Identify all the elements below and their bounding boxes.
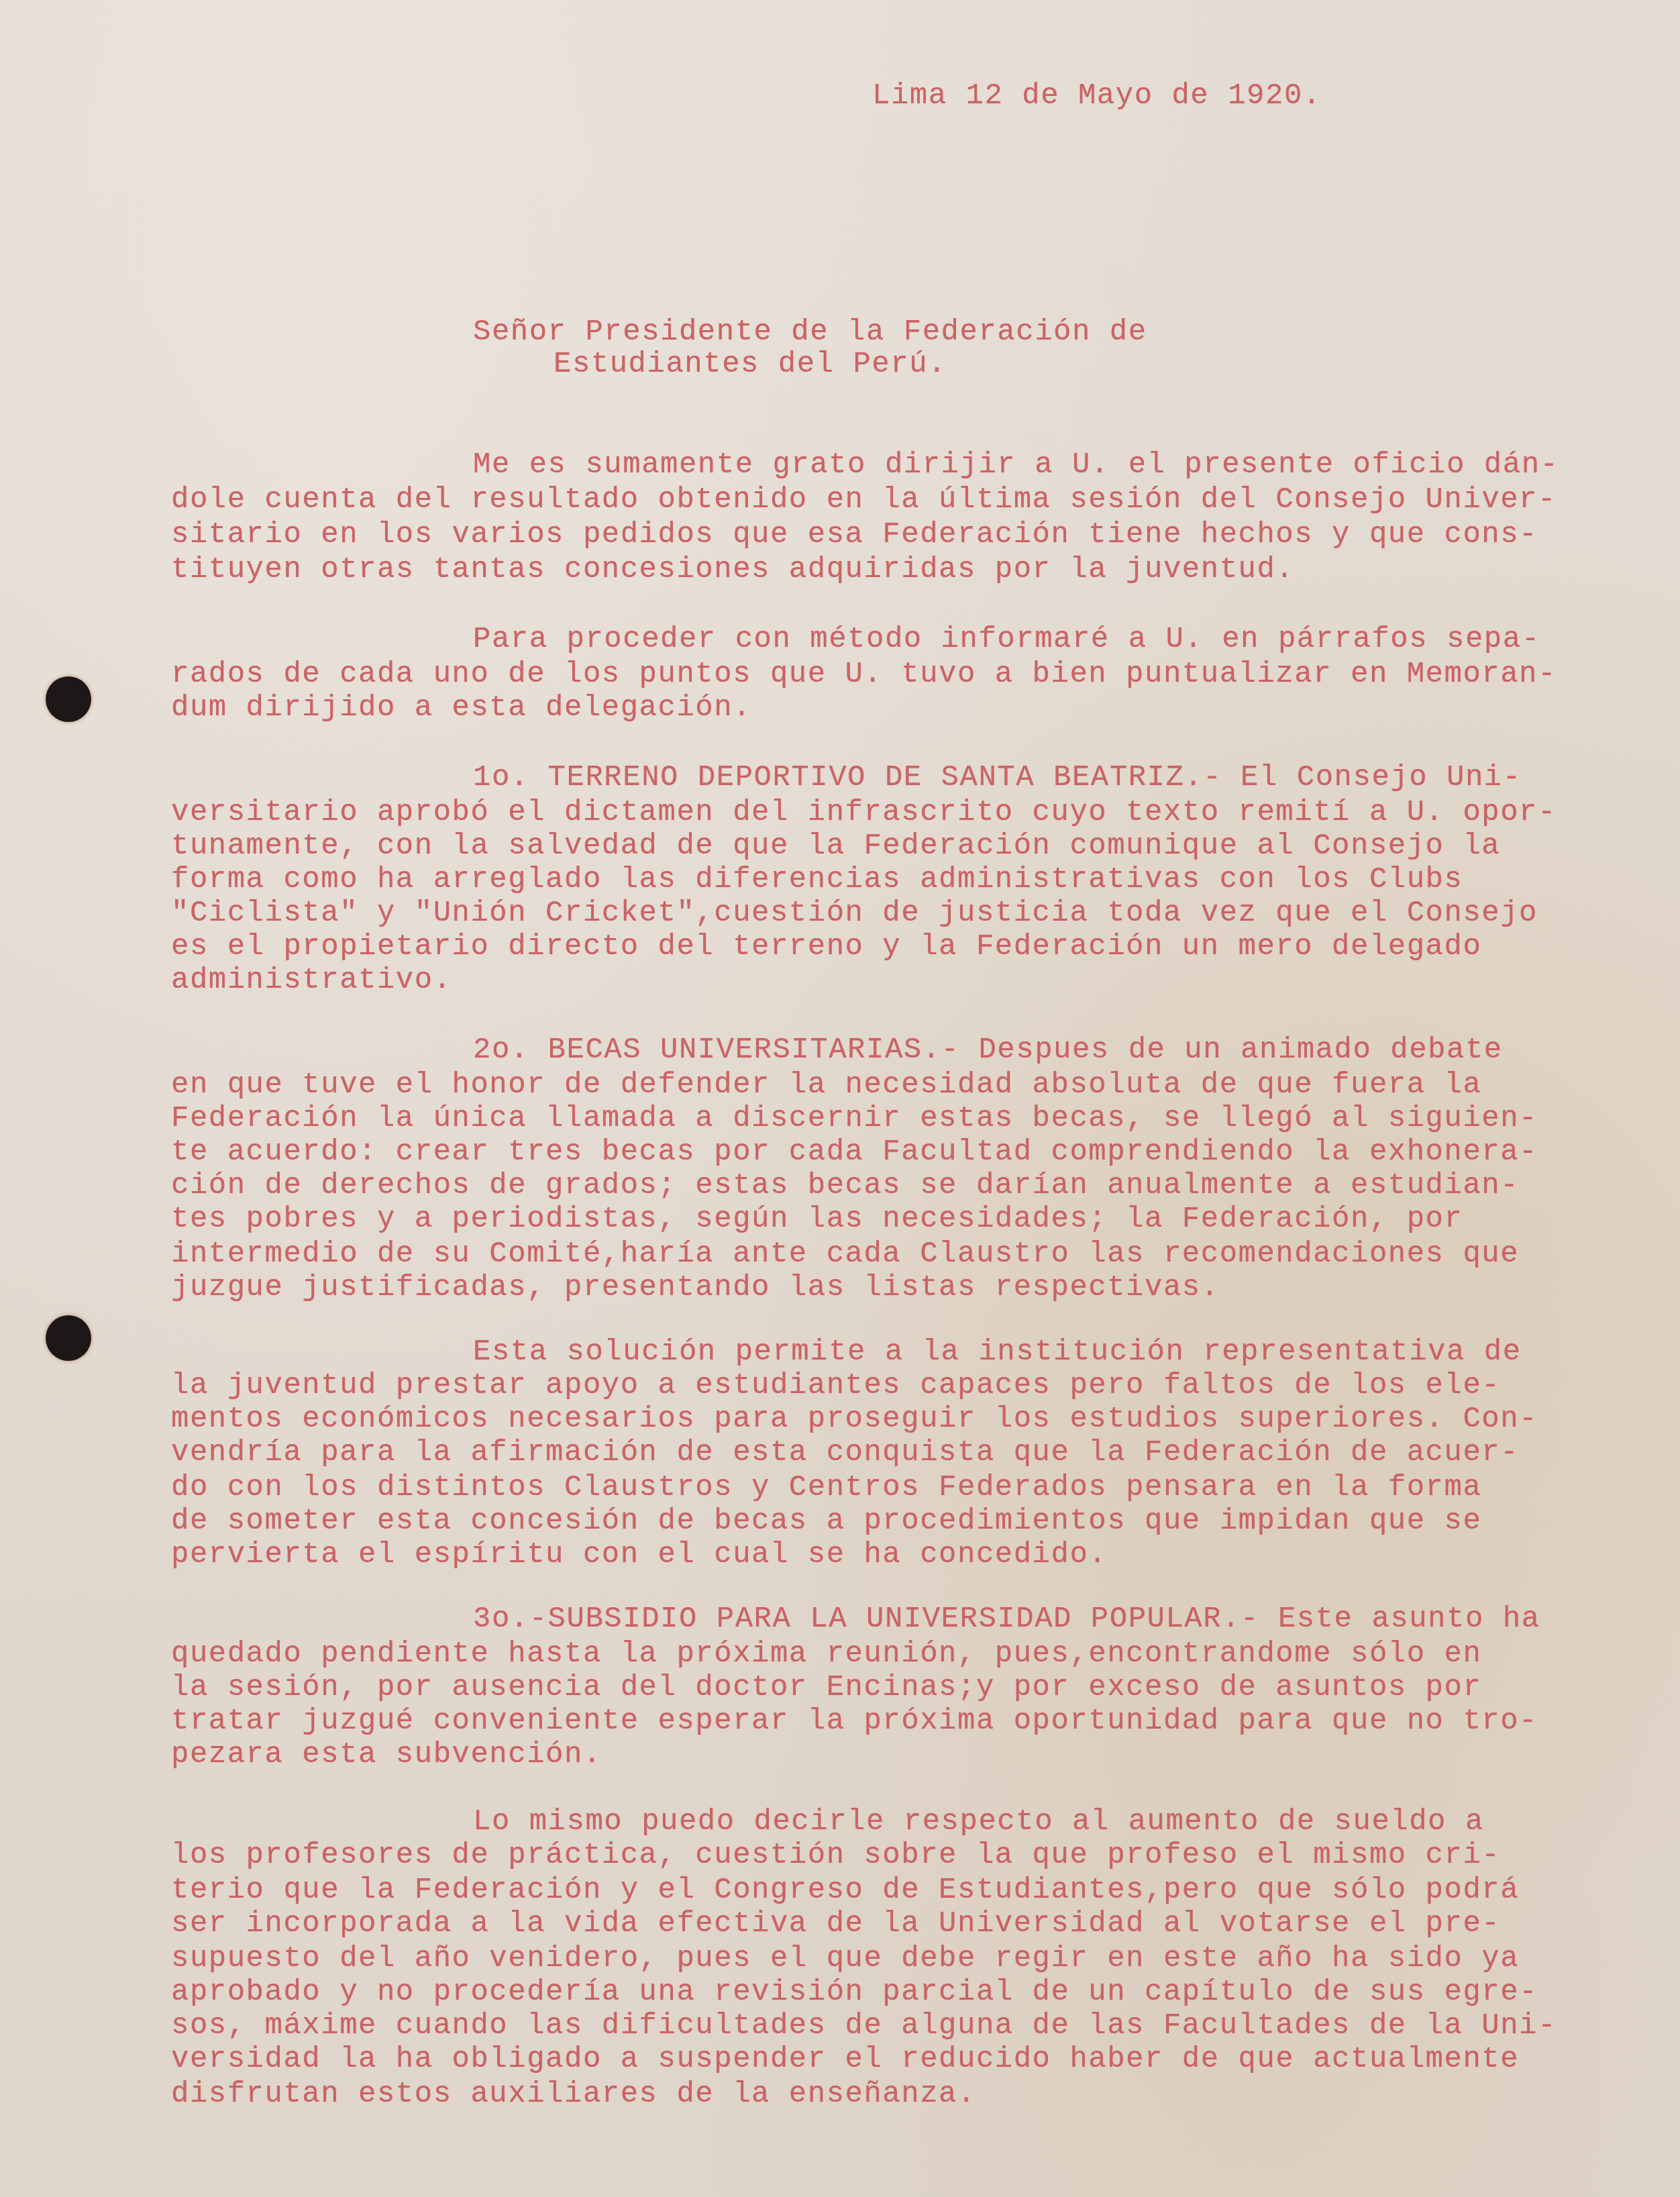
paragraph-line: versidad la ha obligado a suspender el r… xyxy=(171,2043,1519,2076)
paragraph-line: pervierta el espíritu con el cual se ha … xyxy=(171,1538,1107,1572)
paragraph-line: Esta solución permite a la institución r… xyxy=(473,1335,1522,1369)
paragraph-line: "Ciclista" y "Unión Cricket",cuestión de… xyxy=(171,897,1538,930)
paragraph-line: juzgue justificadas, presentando las lis… xyxy=(171,1271,1220,1305)
paragraph-line: dum dirijido a esta delegación. xyxy=(171,691,751,725)
paragraph-line: dole cuenta del resultado obtenido en la… xyxy=(171,483,1557,517)
paragraph-line: administrativo. xyxy=(171,964,452,997)
paragraph-line: la juventud prestar apoyo a estudiantes … xyxy=(171,1369,1500,1402)
paragraph-line: en que tuve el honor de defender la nece… xyxy=(171,1068,1481,1102)
paragraph-line: Federación la única llamada a discernir … xyxy=(171,1102,1538,1135)
paragraph-line: los profesores de práctica, cuestión sob… xyxy=(171,1839,1500,1872)
paragraph-line: pezara esta subvención. xyxy=(171,1738,602,1772)
paragraph-line: do con los distintos Claustros y Centros… xyxy=(171,1471,1481,1504)
letter-date: Lima 12 de Mayo de 1920. xyxy=(872,79,1322,113)
paragraph-line: sitario en los varios pedidos que esa Fe… xyxy=(171,518,1538,552)
letter-page: Lima 12 de Mayo de 1920. Señor President… xyxy=(0,0,1680,2197)
paragraph-line: terio que la Federación y el Congreso de… xyxy=(171,1874,1519,1907)
addressee-line-1: Señor Presidente de la Federación de xyxy=(473,315,1147,349)
paragraph-line: ser incorporada a la vida efectiva de la… xyxy=(171,1907,1500,1941)
paragraph-line: Me es sumamente grato dirijir a U. el pr… xyxy=(473,448,1559,482)
addressee-line-2: Estudiantes del Perú. xyxy=(554,348,947,381)
paragraph-line: intermedio de su Comité,haría ante cada … xyxy=(171,1237,1519,1271)
paragraph-line: es el propietario directo del terreno y … xyxy=(171,930,1481,964)
paragraph-line: tes pobres y a periodistas, según las ne… xyxy=(171,1203,1463,1236)
paragraph-line: tunamente, con la salvedad de que la Fed… xyxy=(171,829,1500,863)
paragraph-line: tratar juzgué conveniente esperar la pró… xyxy=(171,1704,1538,1738)
paragraph-line: quedado pendiente hasta la próxima reuni… xyxy=(171,1637,1481,1671)
paragraph-line: aprobado y no procedería una revisión pa… xyxy=(171,1976,1538,2009)
paragraph-line: vendría para la afirmación de esta conqu… xyxy=(171,1436,1519,1470)
paragraph-line: la sesión, por ausencia del doctor Encin… xyxy=(171,1671,1481,1704)
paragraph-line: Para proceder con método informaré a U. … xyxy=(473,623,1540,656)
paragraph-line: supuesto del año venidero, pues el que d… xyxy=(171,1942,1519,1976)
section-heading-line: 2o. BECAS UNIVERSITARIAS.- Despues de un… xyxy=(473,1033,1503,1067)
paragraph-line: disfrutan estos auxiliares de la enseñan… xyxy=(171,2078,976,2111)
paragraph-line: te acuerdo: crear tres becas por cada Fa… xyxy=(171,1135,1538,1169)
paragraph-line: mentos económicos necesarios para proseg… xyxy=(171,1402,1538,1436)
paragraph-line: de someter esta concesión de becas a pro… xyxy=(171,1504,1481,1538)
punch-hole-upper xyxy=(46,676,91,722)
section-heading-line: 1o. TERRENO DEPORTIVO DE SANTA BEATRIZ.-… xyxy=(473,761,1522,795)
paragraph-line: tituyen otras tantas concesiones adquiri… xyxy=(171,553,1294,586)
paragraph-line: sos, máxime cuando las dificultades de a… xyxy=(171,2009,1557,2043)
paragraph-line: rados de cada uno de los puntos que U. t… xyxy=(171,658,1557,691)
paragraph-line: forma como ha arreglado las diferencias … xyxy=(171,863,1463,897)
paragraph-line: Lo mismo puedo decirle respecto al aumen… xyxy=(473,1805,1484,1839)
paragraph-line: ción de derechos de grados; estas becas … xyxy=(171,1169,1519,1203)
punch-hole-lower xyxy=(46,1315,91,1361)
section-heading-line: 3o.-SUBSIDIO PARA LA UNIVERSIDAD POPULAR… xyxy=(473,1602,1540,1636)
paragraph-line: versitario aprobó el dictamen del infras… xyxy=(171,796,1557,829)
